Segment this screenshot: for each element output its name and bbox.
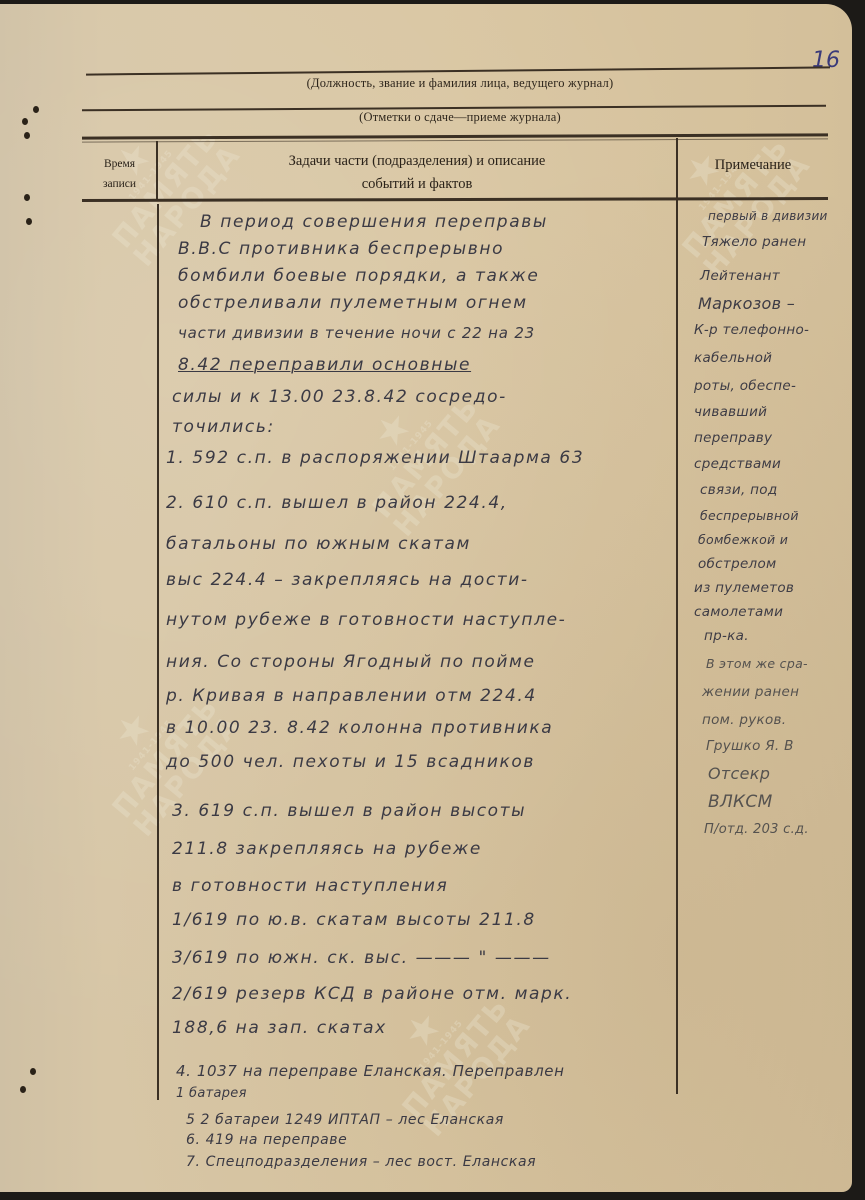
entry-line: 2/619 резерв КСД в районе отм. марк.	[172, 984, 572, 1004]
binding-hole	[24, 194, 30, 201]
entry-line: В период совершения переправы	[200, 212, 548, 232]
binding-hole	[20, 1086, 26, 1093]
entry-line: 1 батарея	[176, 1086, 247, 1101]
binding-hole	[30, 1068, 36, 1075]
note-line: бомбежкой и	[698, 532, 788, 547]
entry-line: 4. 1037 на переправе Еланская. Переправл…	[176, 1062, 565, 1080]
entry-line: 1/619 по ю.в. скатам высоты 211.8	[172, 910, 536, 930]
note-line: пр-ка.	[704, 628, 749, 644]
responsible-line	[86, 66, 830, 75]
entry-line: 2. 610 с.п. вышел в район 224.4,	[166, 493, 508, 513]
binding-hole	[22, 118, 28, 125]
entry-line: 3. 619 с.п. вышел в район высоты	[172, 801, 526, 821]
column-header-time-line2: записи	[82, 174, 157, 194]
note-line: В этом же сра-	[706, 656, 808, 671]
entry-line: выс 224.4 – закрепляясь на дости-	[166, 570, 529, 590]
note-line: Грушко Я. В	[706, 738, 794, 754]
column-header-time: Время записи	[82, 154, 157, 194]
entry-line: части дивизии в течение ночи с 22 на 23	[178, 324, 535, 342]
caption-responsible: (Должность, звание и фамилия лица, ведущ…	[180, 76, 740, 91]
entry-line: 188,6 на зап. скатах	[172, 1018, 387, 1038]
note-line: самолетами	[694, 604, 783, 620]
note-line: ВЛКСМ	[708, 792, 773, 812]
entry-line: 8.42 переправили основные	[178, 355, 471, 375]
note-line: средствами	[694, 456, 781, 472]
column-header-tasks-line1: Задачи части (подразделения) и описание	[157, 150, 677, 173]
note-line: пом. руков.	[702, 712, 786, 728]
entry-line: 5 2 батареи 1249 ИПТАП – лес Еланская	[186, 1112, 504, 1128]
entry-line: батальоны по южным скатам	[166, 534, 471, 554]
column-header-notes: Примечание	[678, 157, 828, 174]
entry-line: в 10.00 23. 8.42 колонна противника	[166, 718, 553, 738]
note-line: первый в дивизии	[708, 209, 828, 223]
entry-line: нутом рубеже в готовности наступле-	[166, 610, 566, 630]
note-line: Тяжело ранен	[702, 234, 806, 250]
note-line: жении ранен	[702, 684, 799, 700]
binding-hole	[26, 218, 32, 225]
column-divider-time	[156, 141, 158, 199]
page-number: 16	[812, 48, 840, 73]
column-header-tasks: Задачи части (подразделения) и описание …	[157, 150, 677, 196]
entry-line: 1. 592 с.п. в распоряжении Штаарма 63	[166, 448, 584, 468]
note-line: чивавший	[694, 404, 767, 420]
note-line: роты, обеспе-	[694, 378, 796, 394]
note-line: Отсекр	[708, 764, 770, 783]
entry-line: 3/619 по южн. ск. выс. ——— " ———	[172, 948, 551, 968]
binding-hole	[33, 106, 39, 113]
note-line: кабельной	[694, 350, 772, 366]
note-line: переправу	[694, 430, 772, 446]
entry-line: обстреливали пулеметным огнем	[178, 293, 528, 313]
entry-line: 6. 419 на переправе	[186, 1132, 347, 1148]
entry-line: в готовности наступления	[172, 876, 448, 896]
column-header-tasks-line2: событий и фактов	[157, 173, 677, 196]
entry-line: 211.8 закрепляясь на рубеже	[172, 839, 482, 859]
note-line: беспрерывной	[700, 508, 799, 523]
entry-line: бомбили боевые порядки, а также	[178, 266, 539, 286]
header-bottom-border	[82, 197, 828, 201]
note-line: Лейтенант	[700, 268, 780, 284]
entry-line: р. Кривая в направлении отм 224.4	[166, 686, 537, 706]
caption-handover: (Отметки о сдаче—приеме журнала)	[180, 110, 740, 125]
journal-page: ★ 1941-1945 ПАМЯТЬ НАРОДА ★ 1941-1945 ПА…	[0, 4, 852, 1192]
entry-line: В.В.С противника беспрерывно	[178, 239, 504, 259]
note-line: Маркозов –	[698, 294, 795, 313]
binding-hole	[24, 132, 30, 139]
note-line: обстрелом	[698, 556, 777, 572]
note-line: П/отд. 203 с.д.	[704, 822, 809, 837]
column-header-time-line1: Время	[82, 154, 157, 174]
entry-line: 7. Спецподразделения – лес вост. Еланска…	[186, 1154, 536, 1170]
entry-line: ния. Со стороны Ягодный по пойме	[166, 652, 536, 672]
column-divider-notes	[676, 138, 678, 1094]
entry-line: силы и к 13.00 23.8.42 сосредо-	[172, 387, 507, 407]
note-line: связи, под	[700, 482, 777, 498]
note-line: К-р телефонно-	[694, 322, 809, 338]
column-divider-time-body	[157, 204, 159, 1100]
entry-line: точились:	[172, 417, 275, 437]
note-line: из пулеметов	[694, 580, 794, 596]
entry-line: до 500 чел. пехоты и 15 всадников	[166, 752, 535, 772]
